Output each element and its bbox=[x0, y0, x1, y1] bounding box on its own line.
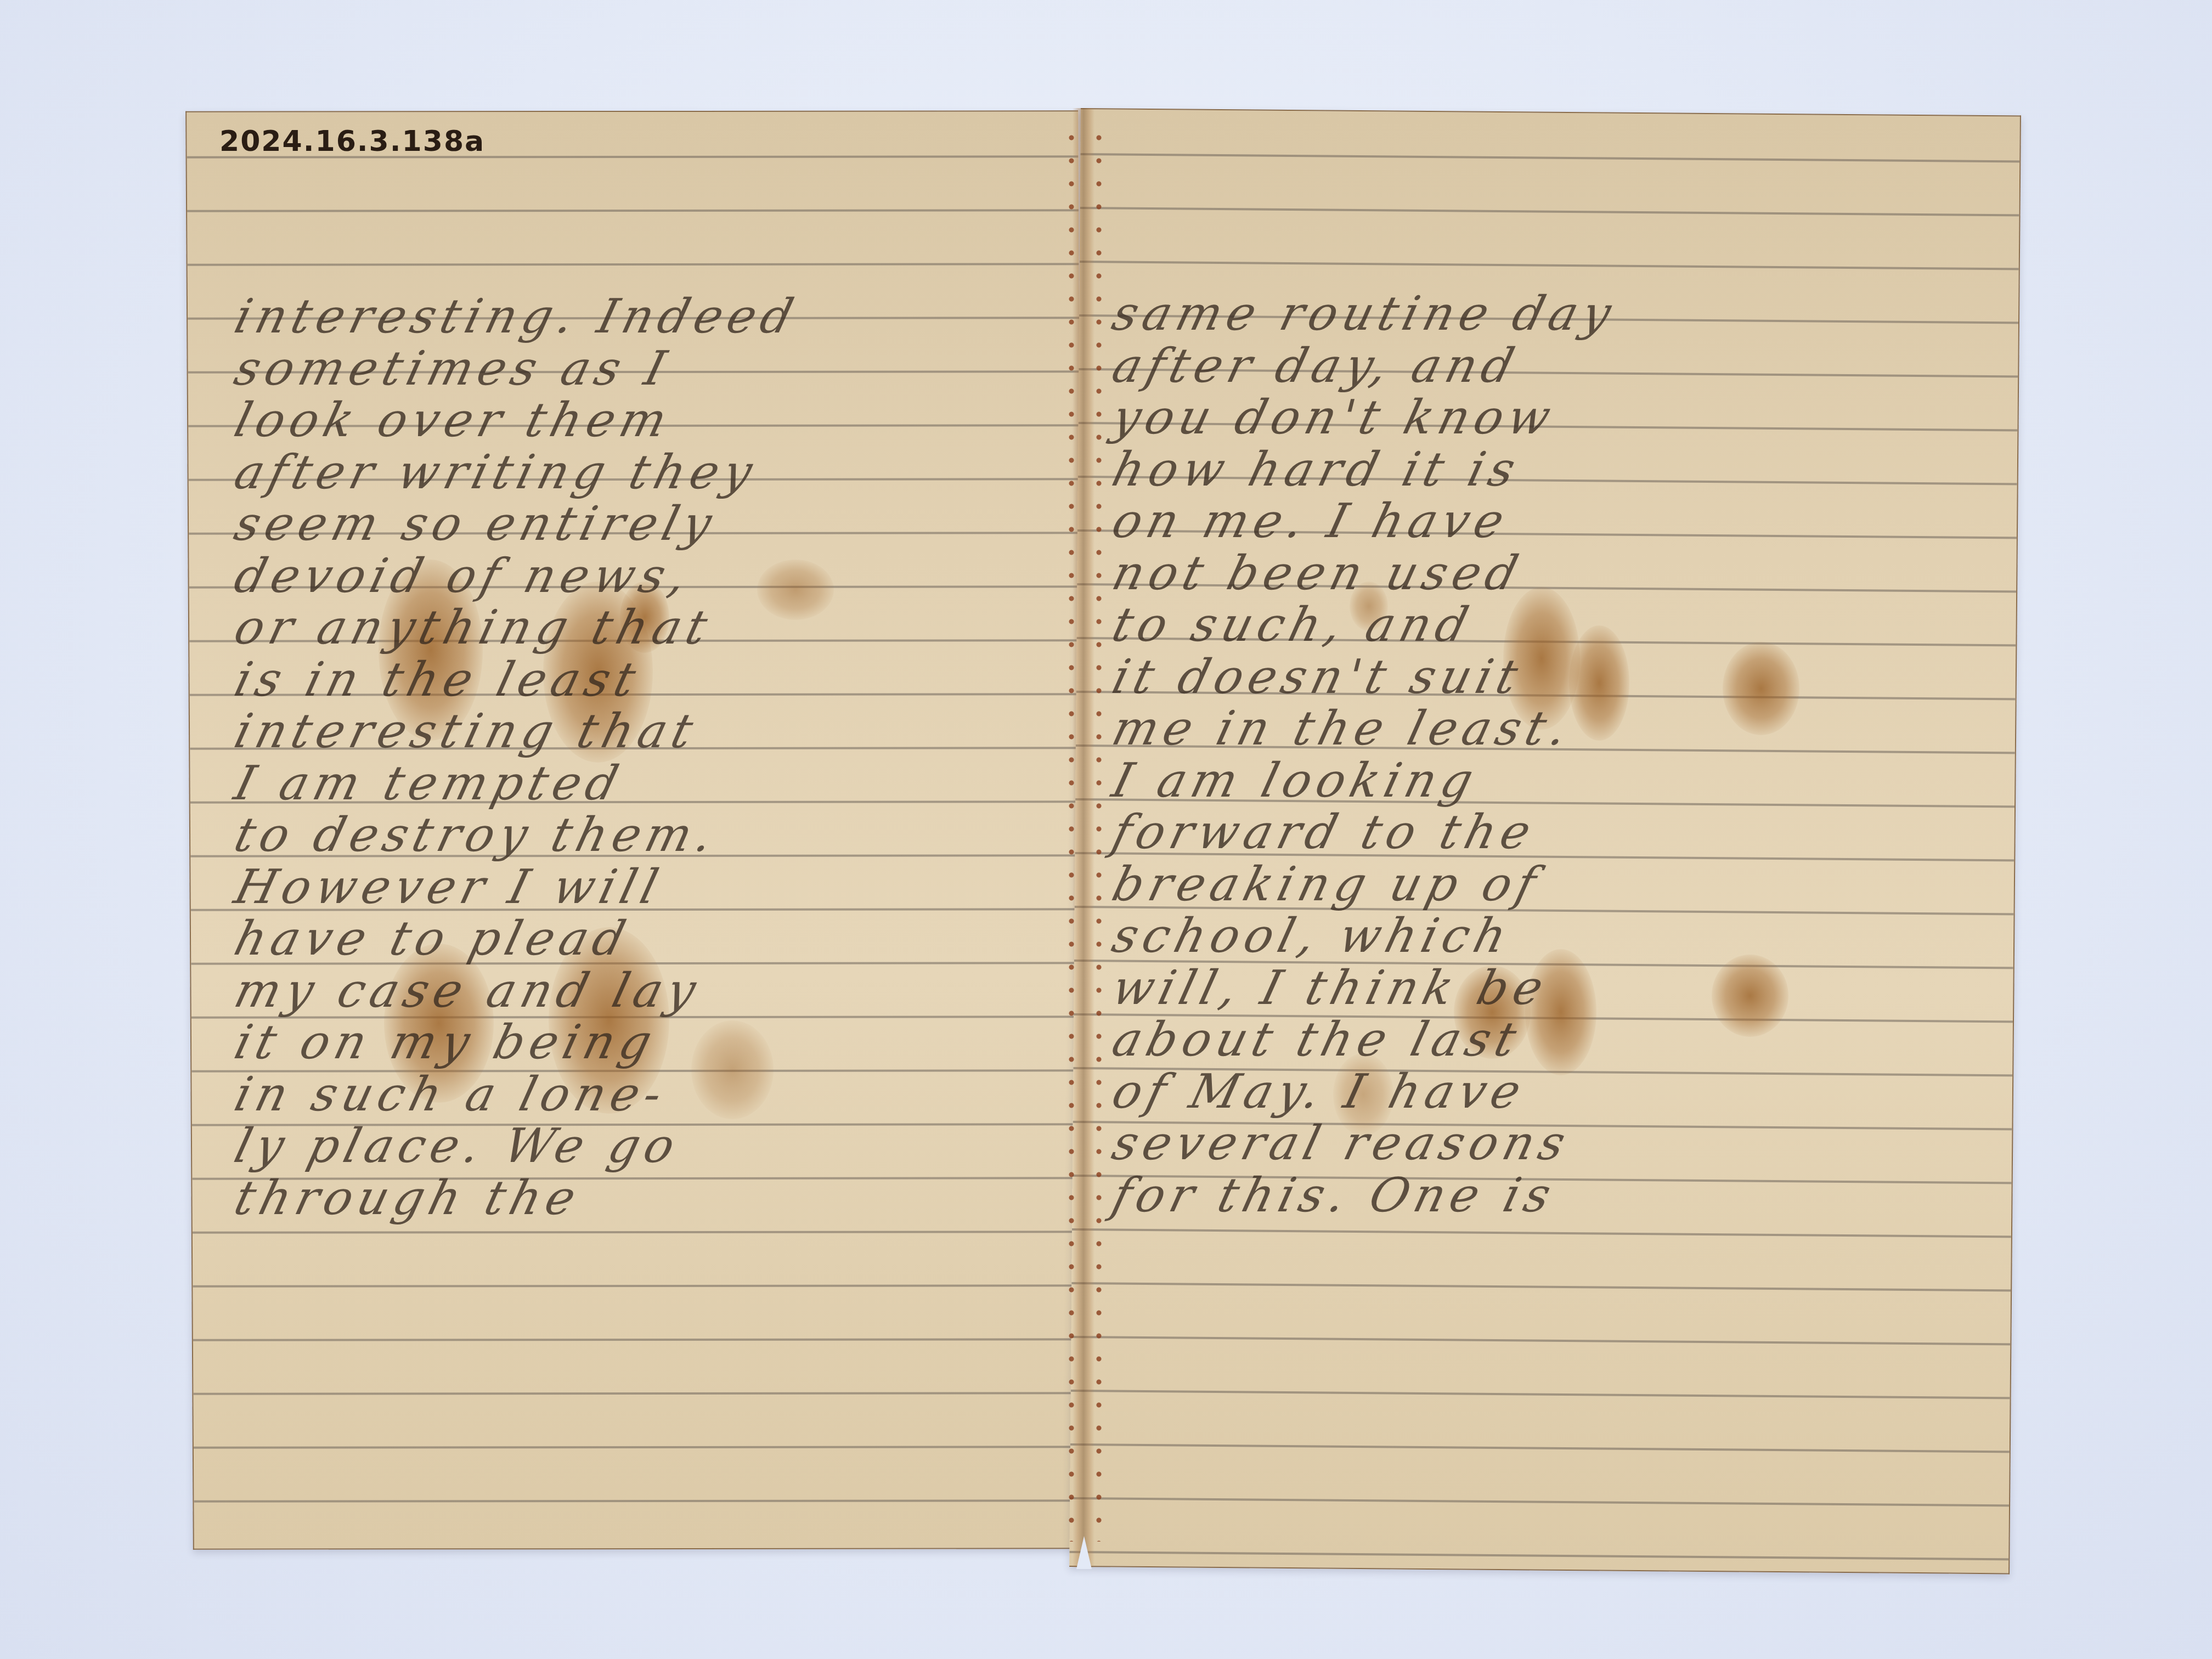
letter-spread: 2024.16.3.138a interesting. Indeed somet… bbox=[0, 0, 2212, 1659]
fold-rust-dots bbox=[1069, 126, 1074, 1542]
handwritten-line: how hard it is bbox=[1107, 444, 1622, 496]
stain bbox=[1712, 955, 1788, 1037]
handwritten-line: about the last bbox=[1107, 1014, 1622, 1066]
handwritten-line: me in the least. bbox=[1107, 703, 1622, 755]
handwritten-line: it on my being bbox=[229, 1017, 803, 1069]
handwritten-line: I am looking bbox=[1107, 755, 1622, 807]
right-page-text: same routine day after day, and you don'… bbox=[1114, 288, 1615, 1221]
handwritten-line: ly place. We go bbox=[229, 1120, 803, 1172]
handwritten-line: to destroy them. bbox=[229, 809, 803, 861]
stain bbox=[1723, 642, 1799, 735]
handwritten-line: I am tempted bbox=[229, 758, 803, 810]
handwritten-line: after writing they bbox=[229, 447, 803, 499]
fold-rust-dots bbox=[1096, 126, 1102, 1542]
handwritten-line: not been used bbox=[1107, 548, 1622, 600]
handwritten-line: forward to the bbox=[1107, 806, 1622, 859]
handwritten-line: sometimes as I bbox=[229, 343, 803, 395]
handwritten-line: several reasons bbox=[1107, 1118, 1622, 1170]
center-fold bbox=[1073, 108, 1094, 1567]
handwritten-line: interesting. Indeed bbox=[229, 291, 803, 343]
catalog-number: 2024.16.3.138a bbox=[219, 125, 485, 158]
handwritten-line: However I will bbox=[229, 861, 803, 913]
handwritten-line: look over them bbox=[229, 394, 803, 447]
handwritten-line: through the bbox=[229, 1172, 803, 1224]
handwritten-line: of May. I have bbox=[1107, 1066, 1622, 1118]
handwritten-line: have to plead bbox=[229, 913, 803, 965]
handwritten-line: seem so entirely bbox=[229, 498, 803, 550]
handwritten-line: school, which bbox=[1107, 910, 1622, 962]
handwritten-line: to such, and bbox=[1107, 599, 1622, 651]
handwritten-line: it doesn't suit bbox=[1107, 651, 1622, 703]
handwritten-line: interesting that bbox=[229, 706, 803, 758]
handwritten-line: on me. I have bbox=[1107, 495, 1622, 548]
handwritten-line: my case and lay bbox=[229, 965, 803, 1017]
handwritten-line: or anything that bbox=[229, 602, 803, 654]
handwritten-line: for this. One is bbox=[1107, 1170, 1622, 1222]
handwritten-line: is in the least bbox=[229, 654, 803, 706]
handwritten-line: same routine day bbox=[1107, 288, 1622, 340]
handwritten-line: after day, and bbox=[1107, 340, 1622, 392]
left-page-text: interesting. Indeed sometimes as I look … bbox=[236, 291, 797, 1224]
fold-notch bbox=[1076, 1536, 1092, 1569]
handwritten-line: you don't know bbox=[1107, 392, 1622, 444]
handwritten-line: in such a lone- bbox=[229, 1069, 803, 1121]
handwritten-line: will, I think be bbox=[1107, 962, 1622, 1014]
handwritten-line: breaking up of bbox=[1107, 859, 1622, 911]
handwritten-line: devoid of news, bbox=[229, 550, 803, 602]
